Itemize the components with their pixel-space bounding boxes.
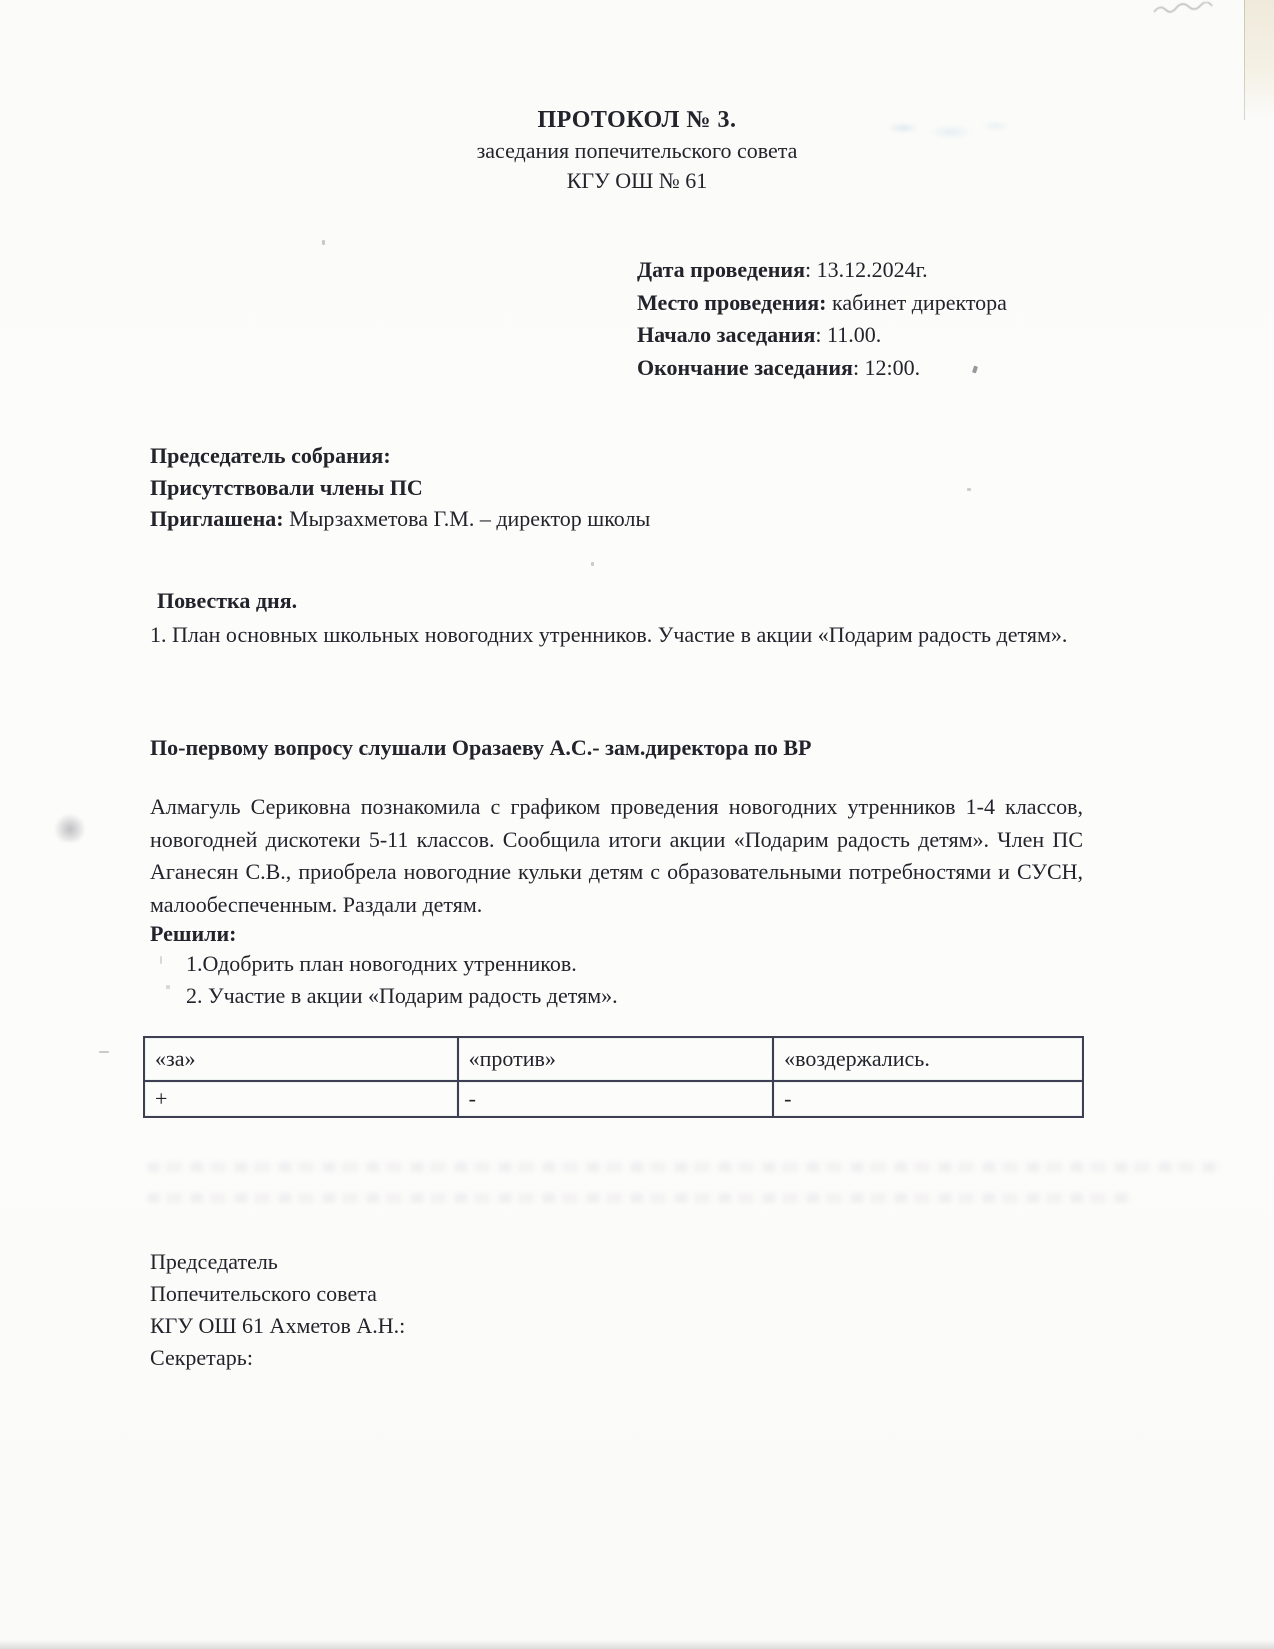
decision-item-2: 2. Участие в акции «Подарим радость детя…	[150, 980, 618, 1012]
vote-value-for: +	[144, 1081, 458, 1117]
vote-header-for: «за»	[144, 1037, 458, 1081]
document-subtitle-line2: КГУ ОШ № 61	[0, 166, 1274, 196]
erased-text-artifact	[147, 1162, 1222, 1172]
scan-bottom-edge-artifact	[0, 1640, 1274, 1649]
meeting-date-label: Дата проведения	[637, 257, 805, 282]
ink-speck	[967, 488, 971, 491]
ink-speck	[591, 562, 594, 566]
invited-line: Приглашена: Мырзахметова Г.М. – директор…	[150, 503, 650, 535]
meeting-date-value: : 13.12.2024г.	[805, 257, 928, 282]
signature-line-1: Председатель	[150, 1246, 405, 1278]
signature-block: Председатель Попечительского совета КГУ …	[150, 1246, 405, 1374]
meeting-place-line: Место проведения: кабинет директора	[637, 287, 1007, 320]
document-title: ПРОТОКОЛ № 3.	[0, 104, 1274, 136]
meeting-end-value: : 12:00.	[853, 355, 920, 380]
ink-speck	[322, 240, 325, 245]
agenda-item-1: 1. План основных школьных новогодних утр…	[150, 619, 1083, 650]
vote-header-against: «против»	[458, 1037, 774, 1081]
meeting-end-line: Окончание заседания: 12:00.	[637, 352, 1007, 385]
scanned-protocol-document: ПРОТОКОЛ № 3. заседания попечительского …	[0, 0, 1274, 1649]
meeting-start-line: Начало заседания: 11.00.	[637, 319, 1007, 352]
decision-item-1: 1.Одобрить план новогодних утренников.	[150, 948, 618, 980]
vote-table-header-row: «за» «против» «воздержались.	[144, 1037, 1083, 1081]
signature-line-2: Попечительского совета	[150, 1278, 405, 1310]
vote-value-abstained: -	[773, 1081, 1083, 1117]
vote-value-against: -	[458, 1081, 774, 1117]
vote-table-value-row: + - -	[144, 1081, 1083, 1117]
document-title-block: ПРОТОКОЛ № 3. заседания попечительского …	[0, 104, 1274, 196]
ink-smudge-artifact	[55, 810, 85, 842]
chairman-label: Председатель собрания:	[150, 443, 391, 468]
first-question-paragraph: Алмагуль Сериковна познакомила с графико…	[150, 791, 1083, 921]
attendees-block: Председатель собрания: Присутствовали чл…	[150, 440, 650, 535]
first-question-heading: По-первому вопросу слушали Оразаеву А.С.…	[150, 735, 811, 761]
decisions-list: 1.Одобрить план новогодних утренников. 2…	[150, 948, 618, 1011]
document-subtitle-line1: заседания попечительского совета	[0, 136, 1274, 166]
vote-header-abstained: «воздержались.	[773, 1037, 1083, 1081]
chairman-line: Председатель собрания:	[150, 440, 650, 472]
agenda-heading: Повестка дня.	[157, 588, 297, 614]
members-label: Присутствовали члены ПС	[150, 475, 423, 500]
members-line: Присутствовали члены ПС	[150, 472, 650, 504]
meeting-place-label: Место проведения:	[637, 290, 826, 315]
erased-text-artifact	[147, 1193, 1132, 1203]
meeting-place-value: кабинет директора	[826, 290, 1006, 315]
meeting-meta-block: Дата проведения: 13.12.2024г. Место пров…	[637, 254, 1007, 384]
handwritten-squiggle-artifact	[1152, 2, 1218, 18]
paper-edge-artifact	[1244, 0, 1274, 120]
meeting-start-value: : 11.00.	[815, 322, 881, 347]
meeting-date-line: Дата проведения: 13.12.2024г.	[637, 254, 1007, 287]
invited-value: Мырзахметова Г.М. – директор школы	[284, 506, 651, 531]
signature-line-4: Секретарь:	[150, 1342, 405, 1374]
invited-label: Приглашена:	[150, 506, 284, 531]
signature-line-3: КГУ ОШ 61 Ахметов А.Н.:	[150, 1310, 405, 1342]
meeting-start-label: Начало заседания	[637, 322, 815, 347]
decided-heading: Решили:	[150, 921, 237, 947]
vote-table: «за» «против» «воздержались. + - -	[143, 1036, 1084, 1118]
meeting-end-label: Окончание заседания	[637, 355, 853, 380]
ink-speck	[99, 1051, 109, 1053]
